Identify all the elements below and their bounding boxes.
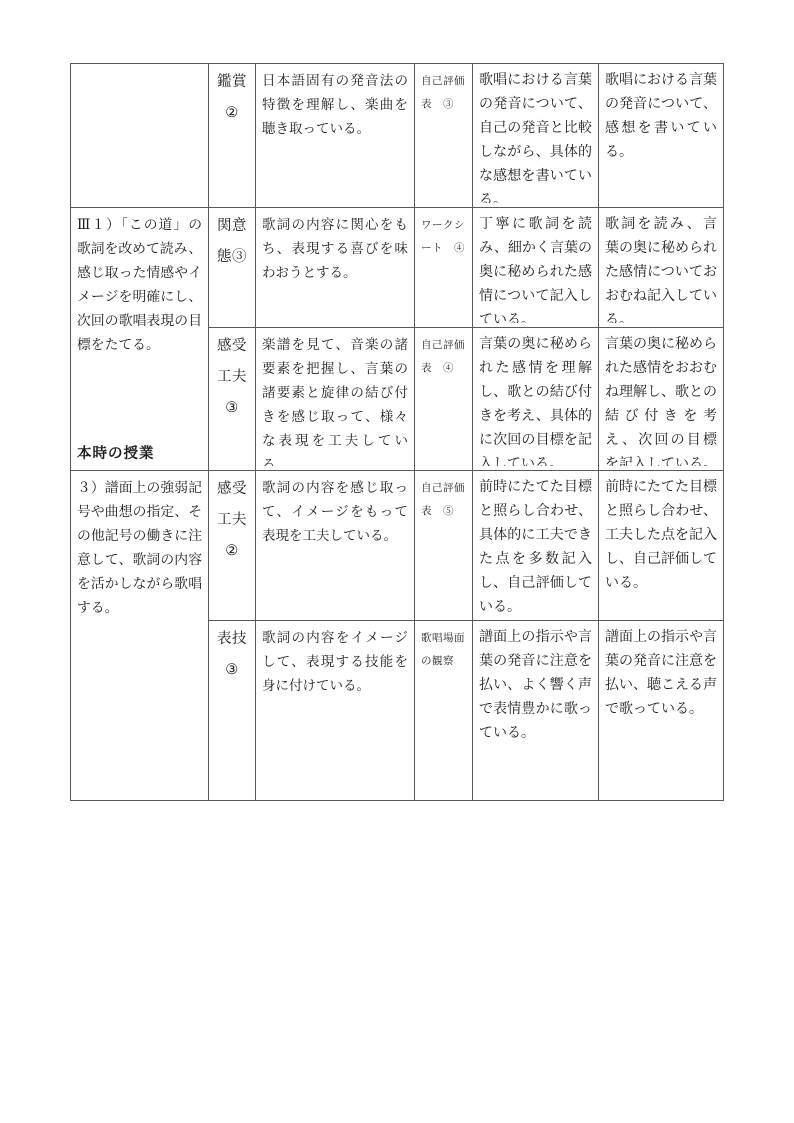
cell-evaluation-criterion: 歌詞の内容に関心をもち、表現する喜びを味わおうとする。 xyxy=(256,208,415,328)
cell-viewpoint-code: 表技 ③ xyxy=(209,621,256,801)
criterion-text: 楽譜を見て、音楽の諸要素を把握し、言葉の諸要素と旋律の結び付きを感じ取って、様々… xyxy=(262,331,408,466)
viewpoint-text: 表技 ③ xyxy=(215,624,249,686)
criterion-text: 歌詞の内容を感じ取って、イメージをもって表現を工夫している。 xyxy=(262,474,408,548)
fully-satisfactory-text: 言葉の奥に秘められた感情を理解し、歌との結び付きを考え、具体的に次回の目標を記入… xyxy=(479,331,592,466)
activity-text: ３）譜面上の強弱記号や曲想の指定、その他記号の働きに注意して、歌詞の内容を活かし… xyxy=(77,474,202,622)
cell-mostly-satisfactory: 前時にたてた目標と照らし合わせ、工夫した点を記入し、自己評価している。 xyxy=(599,471,724,621)
fully-satisfactory-text: 譜面上の指示や言葉の発音に注意を払い、よく響く声で表情豊かに歌っている。 xyxy=(479,624,592,746)
cell-fully-satisfactory: 丁寧に歌詞を読み、細かく言葉の奥に秘められた感情について記入している。 xyxy=(473,208,599,328)
cell-mostly-satisfactory: 言葉の奥に秘められた感情をおおむね理解し、歌との結び付きを考え、次回の目標を記入… xyxy=(599,328,724,471)
table-row: ３）譜面上の強弱記号や曲想の指定、その他記号の働きに注意して、歌詞の内容を活かし… xyxy=(71,471,724,621)
cell-activity-empty xyxy=(71,64,209,208)
fully-satisfactory-text: 丁寧に歌詞を読み、細かく言葉の奥に秘められた感情について記入している。 xyxy=(479,211,592,323)
section-heading-current-lesson: 本時の授業 xyxy=(77,442,155,463)
method-text: 歌唱場面 の観察 xyxy=(421,624,466,673)
fully-satisfactory-text: 前時にたてた目標と照らし合わせ、具体的に工夫できた点を多数記入し、自己評価してい… xyxy=(479,474,592,616)
method-text: ワークシ ート ④ xyxy=(421,211,466,260)
cell-evaluation-method: 自己評価 表 ④ xyxy=(415,328,473,471)
cell-evaluation-method: 自己評価 表 ⑤ xyxy=(415,471,473,621)
viewpoint-text: 関意 態③ xyxy=(215,211,249,273)
cell-fully-satisfactory: 譜面上の指示や言葉の発音に注意を払い、よく響く声で表情豊かに歌っている。 xyxy=(473,621,599,801)
mostly-satisfactory-text: 言葉の奥に秘められた感情をおおむね理解し、歌との結び付きを考え、次回の目標を記入… xyxy=(605,331,717,466)
cell-fully-satisfactory: 歌唱における言葉の発音について、自己の発音と比較しながら、具体的な感想を書いてい… xyxy=(473,64,599,208)
cell-evaluation-criterion: 歌詞の内容を感じ取って、イメージをもって表現を工夫している。 xyxy=(256,471,415,621)
cell-evaluation-criterion: 歌詞の内容をイメージして、表現する技能を身に付けている。 xyxy=(256,621,415,801)
cell-viewpoint-code: 鑑賞 ② xyxy=(209,64,256,208)
cell-evaluation-criterion: 日本語固有の発音法の特徴を理解し、楽曲を聴き取っている。 xyxy=(256,64,415,208)
mostly-satisfactory-text: 歌詞を読み、言葉の奥に秘められた感情についておおむね記入している。 xyxy=(605,211,717,323)
criterion-text: 日本語固有の発音法の特徴を理解し、楽曲を聴き取っている。 xyxy=(262,67,408,141)
evaluation-rubric-table: 鑑賞 ② 日本語固有の発音法の特徴を理解し、楽曲を聴き取っている。 自己評価 表… xyxy=(70,63,724,801)
method-text: 自己評価 表 ④ xyxy=(421,331,466,380)
viewpoint-text: 鑑賞 ② xyxy=(215,67,249,129)
cell-evaluation-criterion: 楽譜を見て、音楽の諸要素を把握し、言葉の諸要素と旋律の結び付きを感じ取って、様々… xyxy=(256,328,415,471)
method-text: 自己評価 表 ③ xyxy=(421,67,466,116)
cell-fully-satisfactory: 前時にたてた目標と照らし合わせ、具体的に工夫できた点を多数記入し、自己評価してい… xyxy=(473,471,599,621)
cell-fully-satisfactory: 言葉の奥に秘められた感情を理解し、歌との結び付きを考え、具体的に次回の目標を記入… xyxy=(473,328,599,471)
viewpoint-text: 感受 工夫 ② xyxy=(215,474,249,567)
mostly-satisfactory-text: 譜面上の指示や言葉の発音に注意を払い、聴こえる声で歌っている。 xyxy=(605,624,717,722)
document-page: 鑑賞 ② 日本語固有の発音法の特徴を理解し、楽曲を聴き取っている。 自己評価 表… xyxy=(0,0,794,1123)
cell-viewpoint-code: 関意 態③ xyxy=(209,208,256,328)
method-text: 自己評価 表 ⑤ xyxy=(421,474,466,523)
mostly-satisfactory-text: 前時にたてた目標と照らし合わせ、工夫した点を記入し、自己評価している。 xyxy=(605,474,717,596)
cell-activity-goal-setting: Ⅲ１）「この道」の歌詞を改めて読み、感じ取った情感やイメージを明確にし、次回の歌… xyxy=(71,208,209,471)
criterion-text: 歌詞の内容をイメージして、表現する技能を身に付けている。 xyxy=(262,624,408,698)
cell-mostly-satisfactory: 歌唱における言葉の発音について、感想を書いている。 xyxy=(599,64,724,208)
table-row: 鑑賞 ② 日本語固有の発音法の特徴を理解し、楽曲を聴き取っている。 自己評価 表… xyxy=(71,64,724,208)
fully-satisfactory-text: 歌唱における言葉の発音について、自己の発音と比較しながら、具体的な感想を書いてい… xyxy=(479,67,592,203)
cell-mostly-satisfactory: 譜面上の指示や言葉の発音に注意を払い、聴こえる声で歌っている。 xyxy=(599,621,724,801)
cell-activity-singing: ３）譜面上の強弱記号や曲想の指定、その他記号の働きに注意して、歌詞の内容を活かし… xyxy=(71,471,209,801)
mostly-satisfactory-text: 歌唱における言葉の発音について、感想を書いている。 xyxy=(605,67,717,165)
cell-evaluation-method: 歌唱場面 の観察 xyxy=(415,621,473,801)
cell-viewpoint-code: 感受 工夫 ③ xyxy=(209,328,256,471)
criterion-text: 歌詞の内容に関心をもち、表現する喜びを味わおうとする。 xyxy=(262,211,408,285)
table-row: Ⅲ１）「この道」の歌詞を改めて読み、感じ取った情感やイメージを明確にし、次回の歌… xyxy=(71,208,724,328)
cell-mostly-satisfactory: 歌詞を読み、言葉の奥に秘められた感情についておおむね記入している。 xyxy=(599,208,724,328)
viewpoint-text: 感受 工夫 ③ xyxy=(215,331,249,424)
cell-evaluation-method: 自己評価 表 ③ xyxy=(415,64,473,208)
cell-evaluation-method: ワークシ ート ④ xyxy=(415,208,473,328)
activity-text: Ⅲ１）「この道」の歌詞を改めて読み、感じ取った情感やイメージを明確にし、次回の歌… xyxy=(77,211,202,359)
cell-viewpoint-code: 感受 工夫 ② xyxy=(209,471,256,621)
